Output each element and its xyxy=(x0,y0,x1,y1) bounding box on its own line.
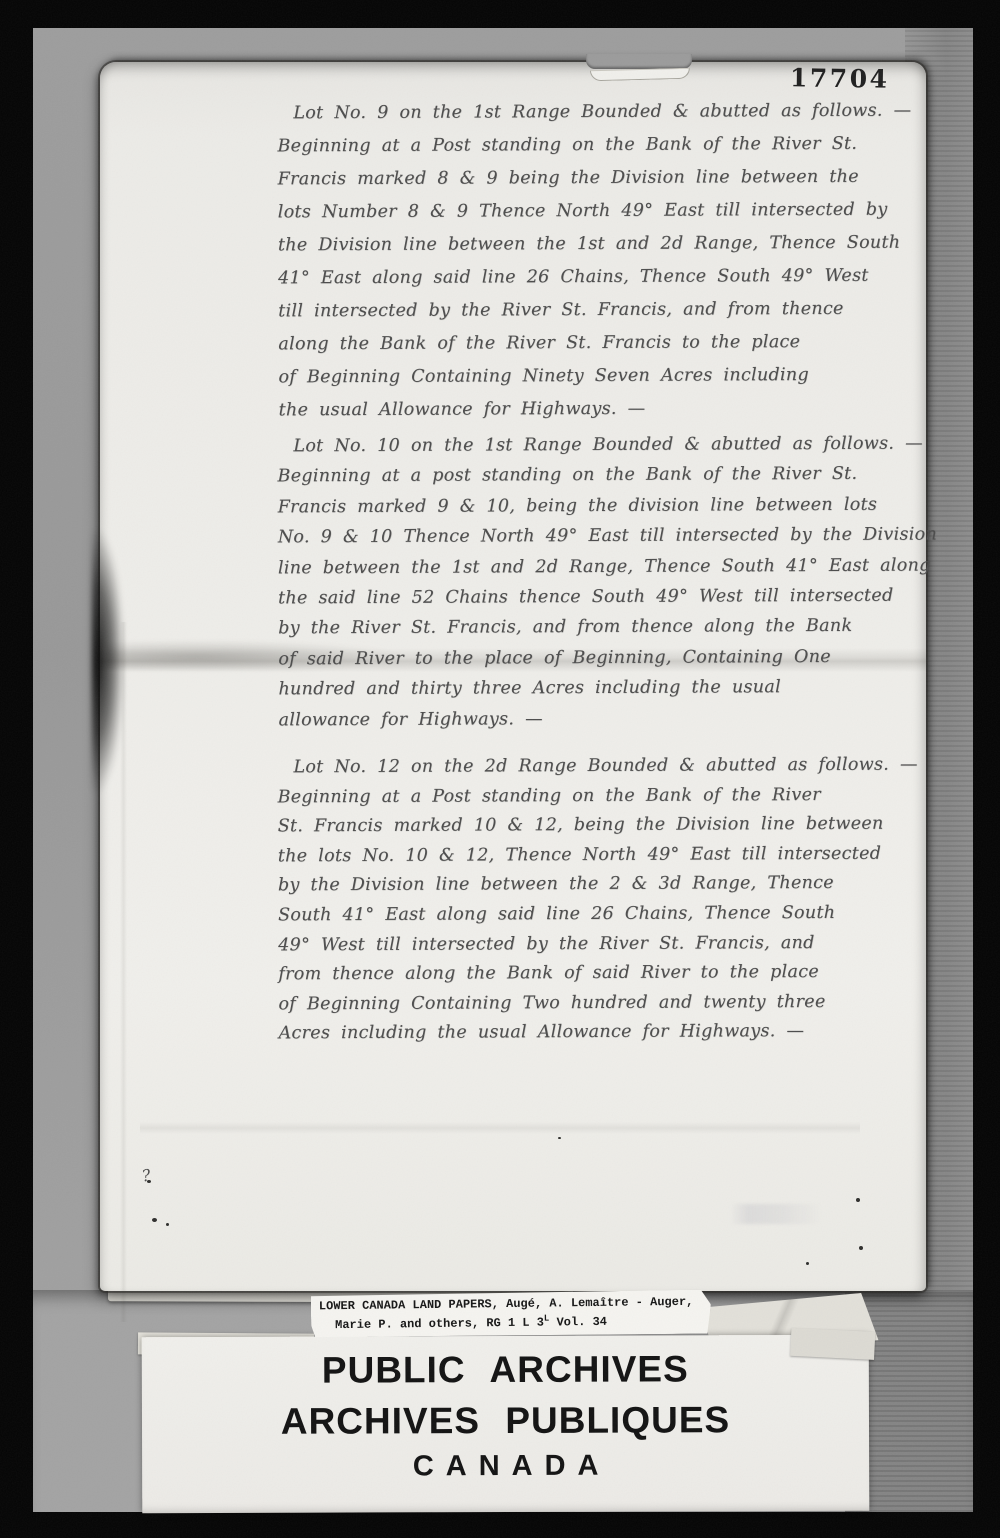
handwritten-line: by the River St. Francis, and from thenc… xyxy=(278,611,900,644)
handwritten-line: Francis marked 9 & 10, being the divisio… xyxy=(278,489,900,522)
ink-speck xyxy=(166,1223,169,1226)
archive-stamp-card: PUBLIC ARCHIVES ARCHIVES PUBLIQUES CANAD… xyxy=(142,1335,870,1514)
ink-speck xyxy=(856,1198,860,1202)
canada-text: CANADA xyxy=(142,1449,869,1485)
handwritten-line: till intersected by the River St. Franci… xyxy=(278,293,900,329)
handwritten-line: from thence along the Bank of said River… xyxy=(278,958,900,990)
handwritten-line: No. 9 & 10 Thence North 49° East till in… xyxy=(278,520,900,553)
handwritten-line: the lots No. 10 & 12, Thence North 49° E… xyxy=(278,839,900,871)
handwritten-line: Beginning at a Post standing on the Bank… xyxy=(277,128,899,164)
torn-top-edge-notch xyxy=(586,54,692,69)
handwritten-paragraph-lot-10: Lot No. 10 on the 1st Range Bounded & ab… xyxy=(277,429,900,736)
handwritten-line: South 41° East along said line 26 Chains… xyxy=(278,899,900,931)
handwritten-line: Beginning at a post standing on the Bank… xyxy=(277,459,899,492)
handwritten-line: Lot No. 9 on the 1st Range Bounded & abu… xyxy=(277,95,899,131)
manuscript-page: 17704 Lot No. 9 on the 1st Range Bounded… xyxy=(100,62,926,1291)
handwritten-line: Francis marked 8 & 9 being the Division … xyxy=(278,161,900,197)
handwritten-line: lots Number 8 & 9 Thence North 49° East … xyxy=(278,194,900,230)
handwritten-line: of Beginning Containing Ninety Seven Acr… xyxy=(278,359,900,395)
handwritten-paragraph-lot-9: Lot No. 9 on the 1st Range Bounded & abu… xyxy=(277,95,900,428)
archive-number-stamp: 17704 xyxy=(790,63,890,93)
handwritten-line: of Beginning Containing Two hundred and … xyxy=(278,987,900,1019)
ink-speck xyxy=(859,1246,863,1250)
reference-label-line2: Marie P. and others, RG 1 L 3L Vol. 34 xyxy=(335,1310,711,1334)
handwritten-line: of said River to the place of Beginning,… xyxy=(278,641,900,674)
handwritten-line: the usual Allowance for Highways. — xyxy=(279,392,901,428)
handwritten-line: 49° West till intersected by the River S… xyxy=(278,928,900,960)
handwritten-line: Acres including the usual Allowance for … xyxy=(279,1017,901,1049)
handwritten-line: by the Division line between the 2 & 3d … xyxy=(278,869,900,901)
handwritten-line: the said line 52 Chains thence South 49°… xyxy=(278,581,900,614)
handwritten-line: allowance for Highways. — xyxy=(279,702,901,735)
handwritten-line: Lot No. 12 on the 2d Range Bounded & abu… xyxy=(277,751,899,783)
ink-speck xyxy=(147,1180,151,1183)
archival-photograph: 17704 Lot No. 9 on the 1st Range Bounded… xyxy=(0,0,1000,1538)
handwritten-line: line between the 1st and 2d Range, Thenc… xyxy=(278,550,900,583)
handwritten-line: hundred and thirty three Acres including… xyxy=(278,672,900,705)
archives-publiques-text: ARCHIVES PUBLIQUES xyxy=(142,1399,869,1444)
handwritten-line: 41° East along said line 26 Chains, Then… xyxy=(278,260,900,296)
reference-label-line2-post: Vol. 34 xyxy=(549,1315,607,1330)
ink-speck xyxy=(558,1137,561,1139)
reference-label-line2-pre: Marie P. and others, RG 1 L 3 xyxy=(335,1316,544,1333)
faint-crease xyxy=(140,1122,860,1134)
handwritten-paragraph-lot-12: Lot No. 12 on the 2d Range Bounded & abu… xyxy=(277,751,900,1050)
card-corner-fold xyxy=(790,1328,875,1360)
public-archives-text: PUBLIC ARCHIVES xyxy=(142,1348,869,1393)
left-edge-shadow xyxy=(92,530,124,792)
handwritten-line: the Division line between the 1st and 2d… xyxy=(278,227,900,263)
handwritten-line: Beginning at a Post standing on the Bank… xyxy=(277,780,899,812)
handwritten-line: along the Bank of the River St. Francis … xyxy=(278,326,900,362)
faint-stamp-smudge xyxy=(730,1204,822,1224)
typed-reference-label: LOWER CANADA LAND PAPERS, Augé, A. Lemaî… xyxy=(311,1290,712,1339)
ink-speck xyxy=(806,1262,809,1265)
ink-speck xyxy=(152,1218,157,1222)
handwritten-line: St. Francis marked 10 & 12, being the Di… xyxy=(278,810,900,842)
handwritten-line: Lot No. 10 on the 1st Range Bounded & ab… xyxy=(277,429,899,462)
